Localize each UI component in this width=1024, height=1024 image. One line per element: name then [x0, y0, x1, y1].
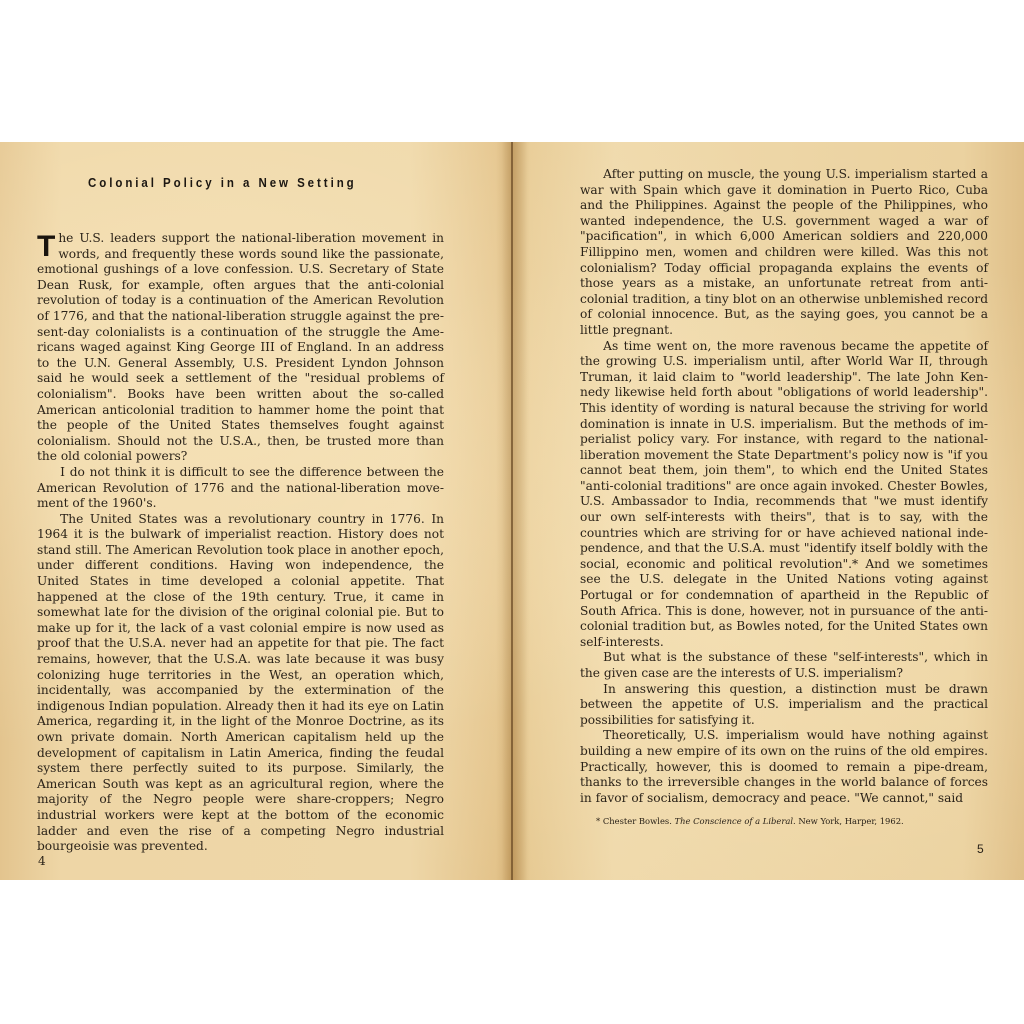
- footnote: * Chester Bowles. The Conscience of a Li…: [596, 816, 996, 826]
- left-page: Colonial Policy in a New Setting The U.S…: [0, 142, 511, 880]
- paragraph: But what is the substance of these "self…: [580, 650, 988, 681]
- footnote-marker: *: [596, 816, 600, 826]
- left-page-body: The U.S. leaders support the national-li…: [37, 231, 444, 855]
- footnote-book-title: The Conscience of a Liberal.: [675, 816, 796, 826]
- page-number: 5: [977, 842, 984, 856]
- paragraph: In answering this question, a distinctio…: [580, 682, 988, 729]
- footnote-author: Chester Bowles.: [603, 816, 672, 826]
- book-spread: Colonial Policy in a New Setting The U.S…: [0, 142, 1024, 880]
- chapter-title: Colonial Policy in a New Setting: [88, 176, 375, 190]
- paragraph: I do not think it is difficult to see th…: [37, 465, 444, 512]
- paragraph: Theoretically, U.S. imperialism would ha…: [580, 728, 988, 806]
- footnote-publication: New York, Harper, 1962.: [798, 816, 903, 826]
- page-number: 4: [38, 854, 46, 868]
- paragraph: The U.S. leaders support the national-li…: [37, 231, 444, 465]
- paragraph: As time went on, the more ravenous becam…: [580, 339, 988, 651]
- drop-cap: T: [37, 234, 55, 260]
- paragraph: The United States was a revolutionary co…: [37, 512, 444, 855]
- right-page: After putting on muscle, the young U.S. …: [513, 142, 1024, 880]
- right-page-body: After putting on muscle, the young U.S. …: [580, 167, 988, 806]
- paragraph: After putting on muscle, the young U.S. …: [580, 167, 988, 339]
